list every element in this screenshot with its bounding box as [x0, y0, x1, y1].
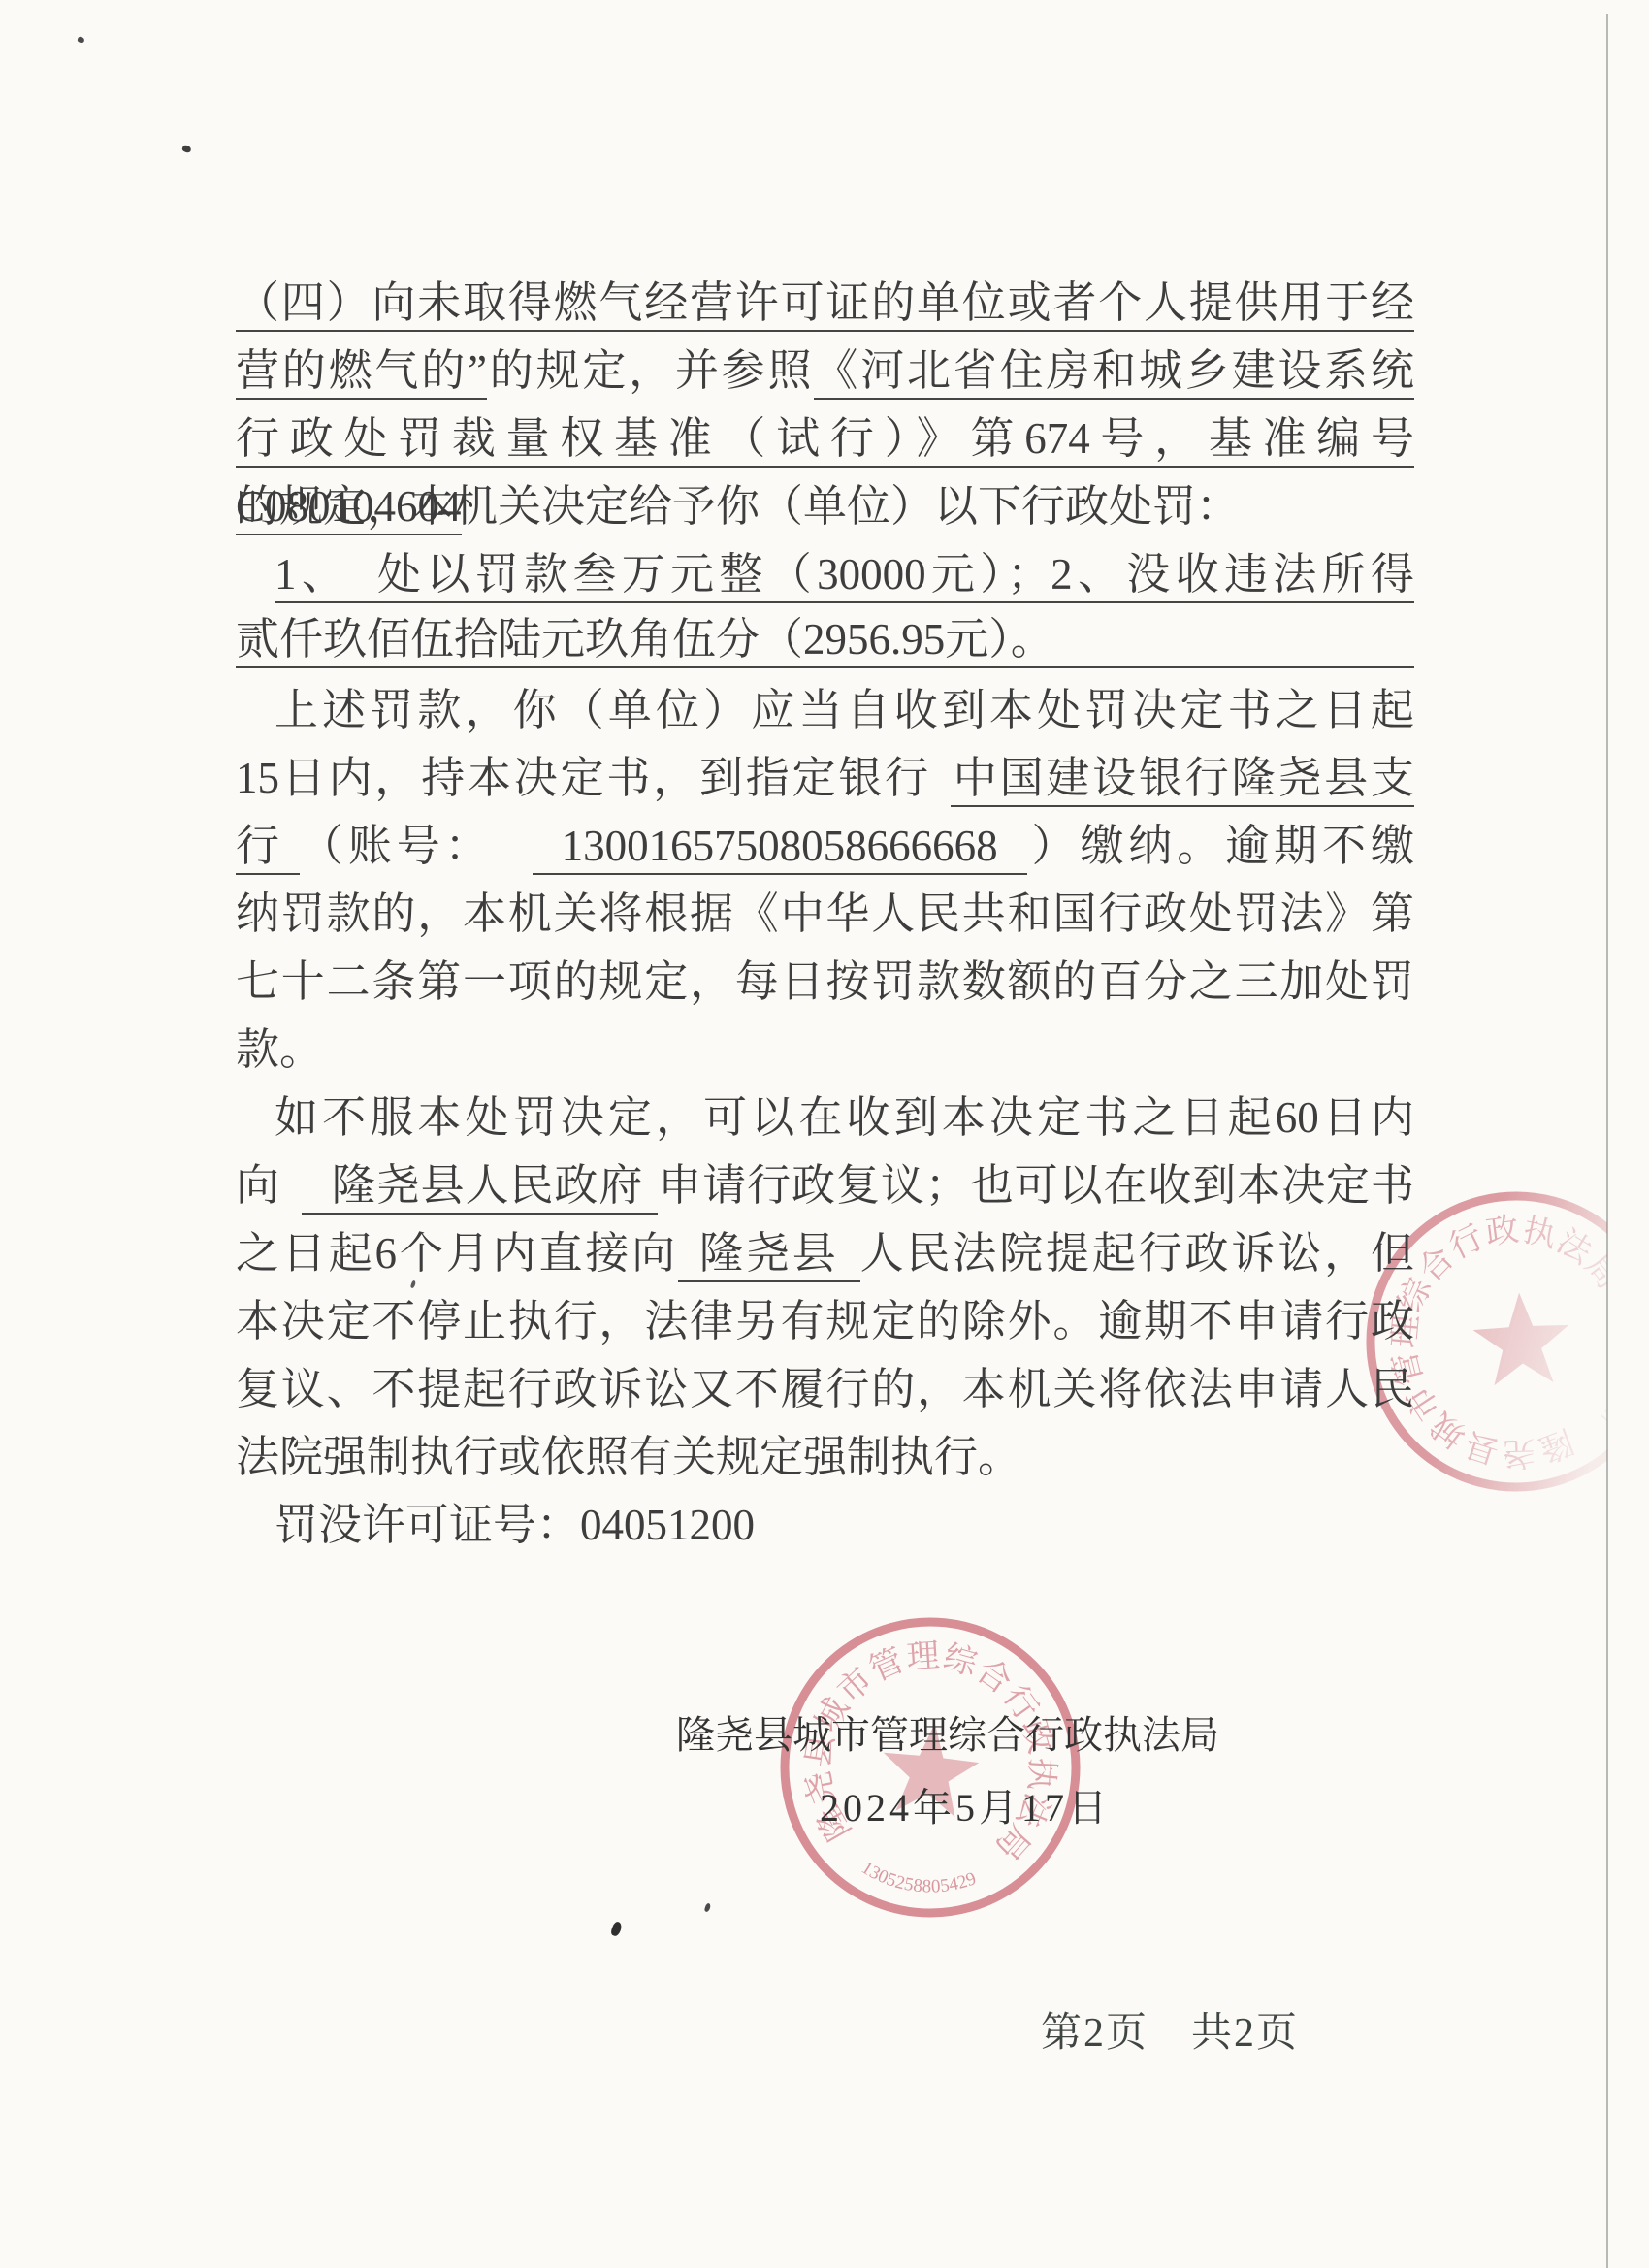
text-segment: 本决定不停止执行，法律另有规定的除外。逾期不申请行政 — [236, 1297, 1414, 1345]
text-line: 之日起6个月内直接向隆尧县人民法院提起行政诉讼，但 — [236, 1219, 1414, 1287]
text-segment: 的规定，并参照 — [487, 346, 814, 395]
text-line: 的规定，本机关决定给予你（单位）以下行政处罚： — [236, 472, 1414, 540]
text-segment: 人民法院提起行政诉讼，但 — [860, 1229, 1414, 1278]
scan-artifact — [181, 145, 192, 154]
text-line: 如不服本处罚决定，可以在收到本决定书之日起60日内 — [236, 1084, 1414, 1151]
text-line: 上述罚款，你（单位）应当自收到本处罚决定书之日起 — [236, 676, 1414, 744]
text-line: 营的燃气的”的规定，并参照《河北省住房和城乡建设系统 — [236, 337, 1414, 405]
underline-extension — [1054, 608, 1414, 668]
scan-artifact — [610, 1921, 624, 1937]
text-segment: 款。 — [236, 1025, 323, 1074]
underlined-text-segment: 13001657508058666668 — [533, 822, 1027, 875]
text-segment: 如不服本处罚决定，可以在收到本决定书之日起60日内 — [275, 1093, 1414, 1142]
text-line: 行政处罚裁量权基准（试行）》第674号，基准编号C080104604 — [236, 405, 1414, 472]
underlined-text-segment: 《河北省住房和城乡建设系统 — [814, 346, 1414, 400]
underlined-text-segment: 贰仟玖佰伍拾陆元玖角伍分（2956.95元）。 — [236, 608, 1054, 668]
text-line: 本决定不停止执行，法律另有规定的除外。逾期不申请行政 — [236, 1287, 1414, 1355]
text-segment: 申请行政复议；也可以在收到本决定书 — [658, 1161, 1414, 1210]
scanned-document-page: 隆尧县城市管理综合行政执法局1305258805429隆尧县城市管理综合行政执法… — [0, 0, 1649, 2268]
underlined-text-segment: 中国建设银行隆尧县支 — [951, 754, 1414, 807]
text-segment: （账号： — [300, 822, 494, 870]
scan-edge-line — [1606, 14, 1608, 2268]
text-segment: ）缴纳。逾期不缴 — [1027, 822, 1414, 870]
text-line: 款。 — [236, 1016, 1414, 1084]
text-segment: 复议、不提起行政诉讼又不履行的，本机关将依法申请人民 — [236, 1365, 1414, 1413]
underlined-text-segment: 隆尧县人民政府 — [302, 1161, 658, 1215]
scan-artifact — [704, 1902, 712, 1912]
text-line: 罚没许可证号：04051200 — [236, 1491, 1414, 1559]
underlined-text-segment: （四）向未取得燃气经营许可证的单位或者个人提供用于经 — [236, 278, 1414, 332]
text-segment: 罚没许可证号：04051200 — [275, 1501, 755, 1549]
decision-date: 2024年5月17日 — [820, 1777, 1111, 1832]
page-number: 第2页 共2页 — [1041, 2000, 1299, 2058]
text-segment: 之日起6个月内直接向 — [236, 1229, 678, 1278]
svg-text:政: 政 — [1483, 1211, 1520, 1251]
underlined-text-segment: 1、 处以罚款叁万元整（30000元）；2、没收违法所得 — [275, 550, 1414, 603]
underlined-text-segment: 隆尧县 — [678, 1229, 860, 1282]
text-segment: 法院强制执行或依照有关规定强制执行。 — [236, 1433, 1021, 1481]
underlined-text-segment: 行 — [236, 822, 300, 875]
svg-text:理: 理 — [905, 1638, 940, 1676]
text-line: 纳罚款的，本机关将根据《中华人民共和国行政处罚法》第 — [236, 880, 1414, 948]
official-seal-stamp: 隆尧县城市管理综合行政执法局1305258805429 — [765, 1603, 1095, 1932]
text-line: 行（账号：13001657508058666668）缴纳。逾期不缴 — [236, 812, 1414, 880]
issuing-authority: 隆尧县城市管理综合行政执法局 — [676, 1704, 1219, 1760]
text-line: 贰仟玖佰伍拾陆元玖角伍分（2956.95元）。 — [236, 608, 1414, 676]
scan-artifact — [77, 36, 85, 44]
text-line: 向隆尧县人民政府申请行政复议；也可以在收到本决定书 — [236, 1151, 1414, 1219]
text-line: 复议、不提起行政诉讼又不履行的，本机关将依法申请人民 — [236, 1355, 1414, 1423]
text-line: 1、 处以罚款叁万元整（30000元）；2、没收违法所得 — [236, 540, 1414, 608]
text-segment: 纳罚款的，本机关将根据《中华人民共和国行政处罚法》第 — [236, 890, 1414, 938]
svg-text:隆: 隆 — [1534, 1422, 1577, 1469]
text-line: （四）向未取得燃气经营许可证的单位或者个人提供用于经 — [236, 269, 1414, 337]
text-segment: 上述罚款，你（单位）应当自收到本处罚决定书之日起 — [275, 686, 1414, 734]
underlined-text-segment: 营的燃气的” — [236, 346, 487, 400]
text-segment: 15日内，持本决定书，到指定银行 — [236, 754, 931, 802]
svg-text:尧: 尧 — [1503, 1434, 1536, 1472]
text-segment: 七十二条第一项的规定，每日按罚款数额的百分之三加处罚 — [236, 957, 1414, 1006]
text-line: 15日内，持本决定书，到指定银行中国建设银行隆尧县支 — [236, 744, 1414, 812]
text-segment: 的规定，本机关决定给予你（单位）以下行政处罚： — [236, 482, 1240, 531]
text-line: 七十二条第一项的规定，每日按罚款数额的百分之三加处罚 — [236, 948, 1414, 1016]
text-line: 法院强制执行或依照有关规定强制执行。 — [236, 1423, 1414, 1491]
text-segment: 向 — [236, 1161, 280, 1210]
